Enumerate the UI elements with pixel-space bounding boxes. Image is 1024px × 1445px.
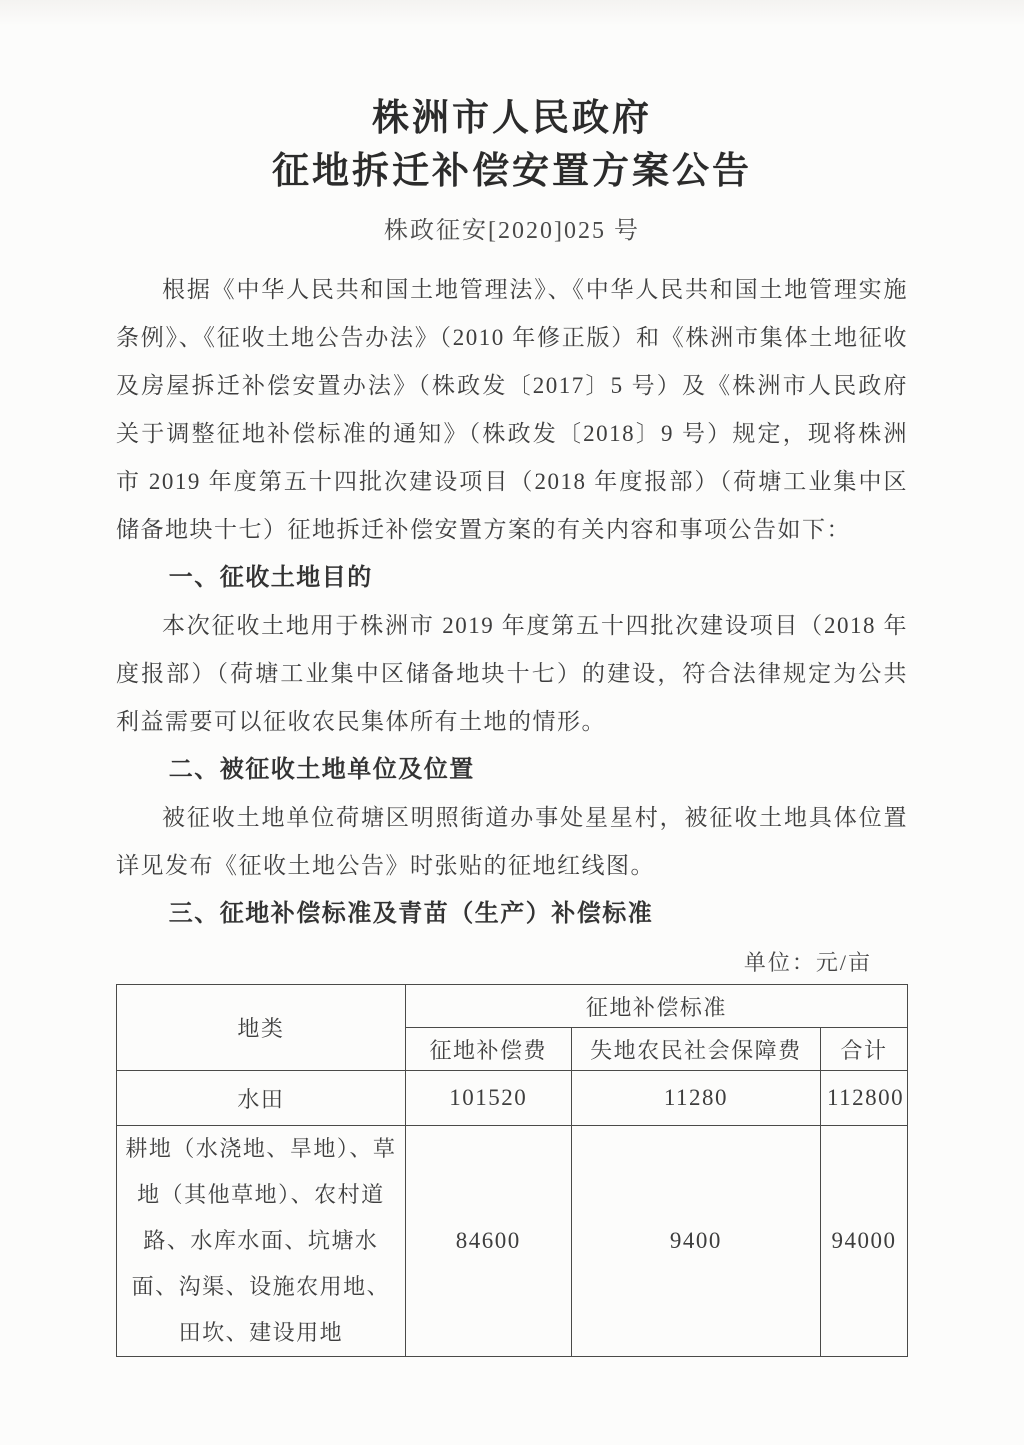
header-social-security-fee: 失地农民社会保障费 <box>571 1028 820 1071</box>
header-total: 合计 <box>820 1028 907 1071</box>
section-1-paragraph: 本次征收土地用于株洲市 2019 年度第五十四批次建设项目（2018 年度报部）… <box>116 602 908 746</box>
header-land-type: 地类 <box>117 985 406 1071</box>
cell-land-type: 耕地（水浇地、旱地）、草地（其他草地）、农村道路、水库水面、坑塘水面、沟渠、设施… <box>117 1126 406 1357</box>
header-compensation-fee: 征地补偿费 <box>405 1028 571 1071</box>
document-title-line-1: 株洲市人民政府 <box>116 92 908 145</box>
header-standard-group: 征地补偿标准 <box>405 985 907 1028</box>
section-2-paragraph: 被征收土地单位荷塘区明照街道办事处星星村，被征收土地具体位置详见发布《征收土地公… <box>116 794 908 890</box>
compensation-standards-table: 地类 征地补偿标准 征地补偿费 失地农民社会保障费 合计 水田 101520 1… <box>116 984 908 1357</box>
section-2-heading: 二、被征收土地单位及位置 <box>116 746 908 794</box>
document-number: 株政征安[2020]025 号 <box>116 216 908 246</box>
cell-social-security-fee: 9400 <box>571 1126 820 1357</box>
table-unit-note: 单位：元/亩 <box>116 944 908 982</box>
cell-land-type: 水田 <box>117 1071 406 1126</box>
document-body: 根据《中华人民共和国土地管理法》、《中华人民共和国土地管理实施条例》、《征收土地… <box>116 266 908 1357</box>
cell-social-security-fee: 11280 <box>571 1071 820 1126</box>
cell-total: 94000 <box>820 1126 907 1357</box>
cell-compensation-fee: 101520 <box>405 1071 571 1126</box>
table-row-paddy-field: 水田 101520 11280 112800 <box>117 1071 908 1126</box>
intro-paragraph: 根据《中华人民共和国土地管理法》、《中华人民共和国土地管理实施条例》、《征收土地… <box>116 266 908 554</box>
document-page: 株洲市人民政府 征地拆迁补偿安置方案公告 株政征安[2020]025 号 根据《… <box>0 0 1024 1445</box>
section-3-heading: 三、征地补偿标准及青苗（生产）补偿标准 <box>116 890 908 938</box>
section-1-heading: 一、征收土地目的 <box>116 554 908 602</box>
cell-total: 112800 <box>820 1071 907 1126</box>
document-title-line-2: 征地拆迁补偿安置方案公告 <box>116 145 908 198</box>
cell-compensation-fee: 84600 <box>405 1126 571 1357</box>
table-row-other-land: 耕地（水浇地、旱地）、草地（其他草地）、农村道路、水库水面、坑塘水面、沟渠、设施… <box>117 1126 908 1357</box>
